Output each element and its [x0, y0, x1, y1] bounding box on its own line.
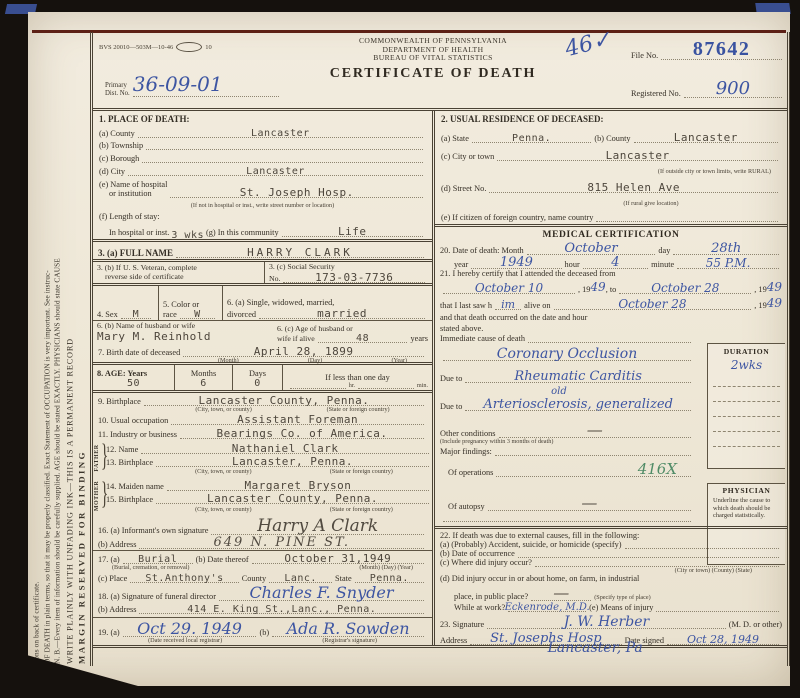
industry-row: 11. Industry or business Bearings Co. of… [93, 426, 432, 440]
years-label: years [410, 334, 428, 343]
min-label: min. [417, 382, 428, 389]
agency-line: BUREAU OF VITAL STATISTICS [319, 54, 547, 63]
res-state-value: Penna. [512, 133, 551, 144]
burial-state-label: State [335, 574, 352, 583]
dod-minute-label: minute [651, 260, 674, 269]
file-value: 87642 [693, 38, 751, 61]
agency-block: COMMONWEALTH OF PENNSYLVANIA DEPARTMENT … [319, 37, 547, 82]
saw-label: that I last saw h [440, 301, 492, 310]
father-birthplace-label: 13. Birthplace [106, 458, 153, 467]
mother-block: MOTHER 14. Maiden name Margaret Bryson 1… [93, 477, 432, 514]
ext-c-note: (City or town) (County) (State) [440, 567, 782, 574]
work-label: While at work? [440, 603, 505, 612]
dod-month: October [564, 241, 617, 256]
burial-place-value: St.Anthony's [145, 573, 223, 584]
funeral-director-block: 18. (a) Signature of funeral director Ch… [93, 589, 432, 617]
registrar-signature: Ada R. Sowden [287, 619, 410, 638]
pod-borough-label: (c) Borough [99, 154, 139, 163]
burial-value: Burial [138, 554, 177, 565]
registrar-sig-note: (Registrar's signature) [322, 637, 377, 644]
brace-icon [101, 441, 108, 477]
informant-address: 649 N. PINE ST. [214, 535, 350, 550]
mother-birthplace-label: 15. Birthplace [106, 495, 153, 504]
res-street-label: (d) Street No. [441, 184, 486, 193]
section-residence: 2. USUAL RESIDENCE OF DECEASED: (a) Stat… [435, 111, 787, 227]
form-header: BVS 20010—503M—10-46 10 Primary Dist. No… [93, 32, 787, 108]
informant-sig-label: 16. (a) Informant's own signature [98, 526, 208, 535]
father-block: FATHER 12. Name Nathaniel Clark 13. Birt… [93, 440, 432, 477]
age-months-value: 6 [179, 378, 228, 389]
pod-county-label: (a) County [99, 129, 135, 138]
physician-city: Lancaster, Pa [548, 640, 643, 656]
director-address: 414 E. King St.,Lanc., Penna. [187, 604, 376, 615]
dod-day: 28th [711, 241, 741, 256]
father-tab: FATHER [94, 445, 100, 472]
primary-district: Primary Dist. No. 36-09-01 [105, 72, 279, 97]
saw-date: October 28 [618, 297, 686, 311]
external-causes-block: 22. If death was due to external causes,… [435, 526, 787, 645]
margin-line: MARGIN RESERVED FOR BINDING [76, 34, 87, 664]
mother-name-label: 14. Maiden name [106, 482, 164, 491]
duration-rule [713, 432, 780, 447]
ext-d-note: (Specify type of place) [594, 594, 651, 601]
due-to-2-value: Arteriosclerosis, generalized [483, 397, 673, 412]
pencil-dash: — [581, 493, 597, 512]
city-county-note: (City, town, or county) [195, 468, 251, 475]
father-name-value: Nathaniel Clark [232, 442, 339, 455]
full-name-label: 3. (a) FULL NAME [98, 248, 173, 258]
immediate-cause-label: Immediate cause of death [440, 334, 525, 343]
margin-line: OF DEATH in plain terms, so that it may … [42, 34, 53, 664]
certificate-sheet: tions on back of certificate. OF DEATH i… [28, 12, 790, 686]
birthdate-row: 7. Birth date of deceased April 28, 1899… [93, 344, 432, 362]
duration-label: DURATION [713, 347, 780, 356]
mother-birthplace-value: Lancaster County, Penna. [207, 492, 378, 505]
pod-city-value: Lancaster [246, 166, 305, 177]
res-street-value: 815 Helen Ave [587, 181, 680, 194]
date-of-death-row: 20. Date of death: Month October day 28t… [435, 241, 787, 269]
registered-number: Registered No. 900 [631, 78, 785, 98]
left-column: 1. PLACE OF DEATH: (a) CountyLancaster (… [93, 111, 435, 645]
birthplace-row: 9. Birthplace Lancaster County, Penna. (… [93, 390, 432, 412]
duration-box: DURATION 2wks [707, 343, 785, 469]
physician-addr-label: Address [440, 636, 467, 645]
physician-signature: J. W. Herber [564, 614, 649, 630]
autopsy-label: Of autopsy [440, 502, 485, 511]
marital-value: married [317, 307, 367, 320]
pod-county-value: Lancaster [251, 128, 310, 139]
form-number-text: BVS 20010—503M—10-46 [99, 44, 173, 51]
stamp-number: 10 [205, 44, 212, 51]
father-birthplace-value: Lancaster, Penna. [232, 455, 353, 468]
birthplace-value: Lancaster County, Penna. [198, 394, 369, 407]
due-to-1-value: Rheumatic Carditis [514, 369, 642, 384]
physician-note: Underline the cause to which death shoul… [713, 497, 780, 520]
form-body: 1. PLACE OF DEATH: (a) CountyLancaster (… [93, 108, 787, 648]
marital-label: 6. (a) Single, widowed, married, [227, 298, 428, 307]
occupation-row: 10. Usual occupation Assistant Foreman [93, 412, 432, 426]
sex-label: 4. Sex [97, 310, 118, 319]
duration-value: 2wks [713, 358, 780, 372]
birthdate-value: April 28, 1899 [254, 345, 354, 358]
due-to-label: Due to [440, 374, 462, 383]
attend-to: October 28 [651, 281, 719, 295]
date-signed-value: Oct 28, 1949 [687, 633, 759, 646]
attend-from-year: 49 [590, 280, 605, 294]
printed-19: , 19 [754, 285, 766, 294]
occurred-line: and that death occurred on the date and … [440, 313, 782, 322]
registered-value: 900 [716, 78, 750, 99]
section-place-of-death: 1. PLACE OF DEATH: (a) CountyLancaster (… [93, 111, 432, 239]
registrar-block: 19. (a) Oct 29. 1949 (b) Ada R. Sowden (… [93, 617, 432, 645]
pod-stay-inst-label: In hospital or inst. [99, 228, 169, 237]
res-street-note: (If rural give location) [441, 200, 781, 207]
ext-b-label: (b) Date of occurrence [440, 549, 515, 558]
file-label: File No. [631, 51, 658, 60]
age-row: 8. AGE: Years 50 Months 6 Days 0 If less… [93, 362, 432, 390]
old-annotation: old [551, 386, 567, 397]
dod-hour-label: hour [565, 260, 580, 269]
major-findings-label: Major findings: [440, 447, 492, 456]
city-county-note: (City, town, or county) [195, 506, 251, 513]
pod-title: 1. PLACE OF DEATH: [99, 114, 426, 124]
operations-label: Of operations [440, 468, 493, 477]
primary-district-value: 36-09-01 [133, 72, 279, 97]
spouse-age-value: 48 [356, 333, 369, 344]
age-days-value: 0 [237, 378, 278, 389]
sex-value: M [133, 309, 140, 320]
director-addr-label: (b) Address [98, 605, 136, 614]
spouse-label: 6. (b) Name of husband or wife [97, 321, 269, 330]
burial-date-label: (b) Date thereof [196, 555, 249, 564]
res-state-label: (a) State [441, 134, 469, 143]
margin-line: WRITE PLAINLY WITH UNFADING INK—THIS IS … [64, 34, 75, 664]
hr-label: hr. [349, 382, 355, 389]
attend-line1: 21. I hereby certify that I attended the… [440, 269, 782, 278]
margin-line: N. B.—Every item of information should b… [52, 34, 63, 664]
marital-label2: divorced [227, 310, 256, 319]
pod-city-label: (d) City [99, 167, 125, 176]
operations-value: 416X [638, 460, 677, 478]
form-number: BVS 20010—503M—10-46 10 [99, 42, 212, 52]
pod-hospital-label: (e) Name of hospitalor institution [99, 180, 167, 198]
file-number: File No. 87642 [631, 38, 785, 60]
dod-label: 20. Date of death: Month [440, 246, 524, 255]
registrar-date-note: (Date received local registrar) [148, 637, 222, 644]
year-note: (Year) [397, 564, 413, 571]
res-city-note: (If outside city or town limits, write R… [441, 168, 781, 175]
primary-label: Primary [105, 82, 127, 89]
certificate-title: CERTIFICATE OF DEATH [319, 66, 547, 82]
printed-19: , 19 [754, 301, 766, 310]
day-note: (Day) [381, 564, 395, 571]
director-sig-label: 18. (a) Signature of funeral director [98, 592, 216, 601]
burial-county-label: County [242, 574, 266, 583]
pod-hospital-note: (If not in hospital or inst., write stre… [99, 202, 426, 209]
mother-name-value: Margaret Bryson [245, 479, 352, 492]
certificate-form: BVS 20010—503M—10-46 10 Primary Dist. No… [90, 32, 790, 666]
right-column: 2. USUAL RESIDENCE OF DECEASED: (a) Stat… [435, 111, 787, 645]
ssn-label: 3. (c) Social Security [269, 262, 428, 271]
months-label: Months [179, 369, 228, 378]
director-signature: Charles F. Snyder [249, 583, 393, 602]
spouse-value: Mary M. Reinhold [97, 330, 269, 343]
ext-c-label: (c) Where did injury occur? [440, 558, 532, 567]
industry-value: Bearings Co. of America. [217, 427, 388, 440]
registrar-date: Oct 29. 1949 [137, 619, 242, 638]
attend-from: October 10 [475, 281, 543, 295]
father-name-label: 12. Name [106, 445, 138, 454]
informant-block: 16. (a) Informant's own signature Harry … [93, 515, 432, 550]
handwritten-check: 46✓ [563, 27, 614, 62]
binding-margin: tions on back of certificate. OF DEATH i… [28, 12, 90, 686]
printer-stamp-icon [176, 42, 202, 52]
margin-line: tions on back of certificate. [31, 34, 42, 664]
attendance-statement: 21. I hereby certify that I attended the… [435, 269, 787, 333]
burial-note: (Burial, cremation, or removal) [112, 564, 190, 571]
pod-hospital-value: St. Joseph Hosp. [240, 186, 354, 199]
days-label: Days [237, 369, 278, 378]
res-city-value: Lancaster [606, 149, 670, 162]
dod-year-label: year [440, 260, 468, 269]
pod-township-label: (b) Township [99, 141, 143, 150]
occupation-label: 10. Usual occupation [98, 416, 168, 425]
dod-year: 1949 [500, 255, 533, 270]
race-value: W [194, 309, 201, 320]
occupation-value: Assistant Foreman [237, 413, 358, 426]
dod-minute: 55 P.M. [706, 256, 751, 270]
stated-line: stated above. [440, 324, 782, 333]
burial-place-label: (c) Place [98, 574, 127, 583]
registrar-b-label: (b) [259, 628, 269, 637]
spouse-row: 6. (b) Name of husband or wife Mary M. R… [93, 320, 432, 344]
saw-year: 49 [767, 296, 782, 310]
immediate-cause-value: Coronary Occlusion [497, 346, 637, 362]
other-conditions-label: Other conditions [440, 429, 496, 438]
registrar-a-label: 19. (a) [98, 628, 120, 637]
work-annotation: Eckenrode, M.D. [505, 602, 590, 613]
due-to-label: Due to [440, 402, 462, 411]
means-label: (e) Means of injury [589, 603, 653, 612]
attend-to-year: 49 [767, 280, 782, 294]
ext-d-label: (d) Did injury occur in or about home, o… [440, 574, 782, 583]
alive-label: alive on [524, 301, 551, 310]
full-name-value: HARRY CLARK [247, 246, 353, 259]
pod-stay-label: (f) Length of stay: [99, 212, 426, 221]
ext-a-label: (a) (Probably) Accident, suicide, or hom… [440, 540, 622, 549]
age-years-value: 50 [97, 378, 170, 389]
sex-race-marital-row: 4. Sex M 5. Color or race W 6. (a) Singl… [93, 283, 432, 320]
res-city-label: (c) City or town [441, 152, 494, 161]
month-note: (Month) [359, 564, 380, 571]
duration-rule [713, 372, 780, 387]
residence-title: 2. USUAL RESIDENCE OF DECEASED: [441, 114, 781, 124]
spouse-age-label2: wife if alive [277, 334, 315, 343]
industry-label: 11. Industry or business [98, 430, 177, 439]
less-than-day-label: If less than one day [287, 373, 428, 382]
dist-no-label: Dist. No. [105, 90, 130, 97]
race-label2: race [163, 310, 177, 319]
duration-rule [713, 387, 780, 402]
brace-icon [101, 478, 108, 514]
birthplace-label: 9. Birthplace [98, 397, 141, 406]
res-county-label: (b) County [594, 134, 630, 143]
binding-margin-text: tions on back of certificate. OF DEATH i… [31, 34, 87, 664]
pod-community-value: Life [338, 225, 367, 238]
burial-date-value: October 31,1949 [284, 552, 391, 565]
dod-hour: 4 [611, 255, 619, 270]
physician-sig-label: 23. Signature [440, 620, 484, 629]
ext-d-label2: place, in public place? [440, 592, 528, 601]
medical-cert-title: MEDICAL CERTIFICATION [435, 227, 787, 241]
birthdate-label: 7. Birth date of deceased [98, 348, 180, 357]
mother-tab: MOTHER [94, 481, 100, 511]
ext-intro: 22. If death was due to external causes,… [440, 531, 782, 540]
burial-label: 17. (a) [98, 555, 120, 564]
race-label: 5. Color or [163, 300, 218, 309]
state-foreign-note: (State or foreign country) [330, 506, 393, 513]
duration-rule [713, 417, 780, 432]
informant-signature: Harry A Clark [257, 516, 378, 536]
state-foreign-note: (State or foreign country) [330, 468, 393, 475]
veteran-label: 3. (b) If U. S. Veteran, complete [97, 263, 260, 272]
physician-label: PHYSICIAN [713, 486, 780, 495]
veteran-label2: reverse side of certificate [97, 272, 260, 281]
primary-district-label: Primary Dist. No. [105, 82, 130, 97]
printed-19: , 19 [578, 285, 590, 294]
duration-rule [713, 402, 780, 417]
informant-addr-label: (b) Address [98, 540, 136, 549]
res-county-value: Lancaster [674, 131, 738, 144]
pencil-dash: — [587, 420, 603, 439]
age-label: 8. AGE: Years [97, 369, 170, 378]
spouse-age-label: 6. (c) Age of husband or [277, 324, 428, 333]
full-name-row: 3. (a) FULL NAME HARRY CLARK [93, 239, 432, 259]
veteran-ssn-row: 3. (b) If U. S. Veteran, complete revers… [93, 259, 432, 283]
registered-label: Registered No. [631, 89, 681, 98]
res-foreign-label: (e) If citizen of foreign country, name … [441, 213, 593, 222]
physician-sig-note: (M. D. or other) [729, 620, 782, 629]
to-label: , to [606, 285, 617, 294]
dod-day-label: day [658, 246, 670, 255]
ssn-label2: No. [269, 274, 280, 283]
pod-community-label: (g) In this community [206, 228, 279, 237]
pencil-dash: — [553, 583, 569, 602]
him-value: im [501, 298, 515, 311]
